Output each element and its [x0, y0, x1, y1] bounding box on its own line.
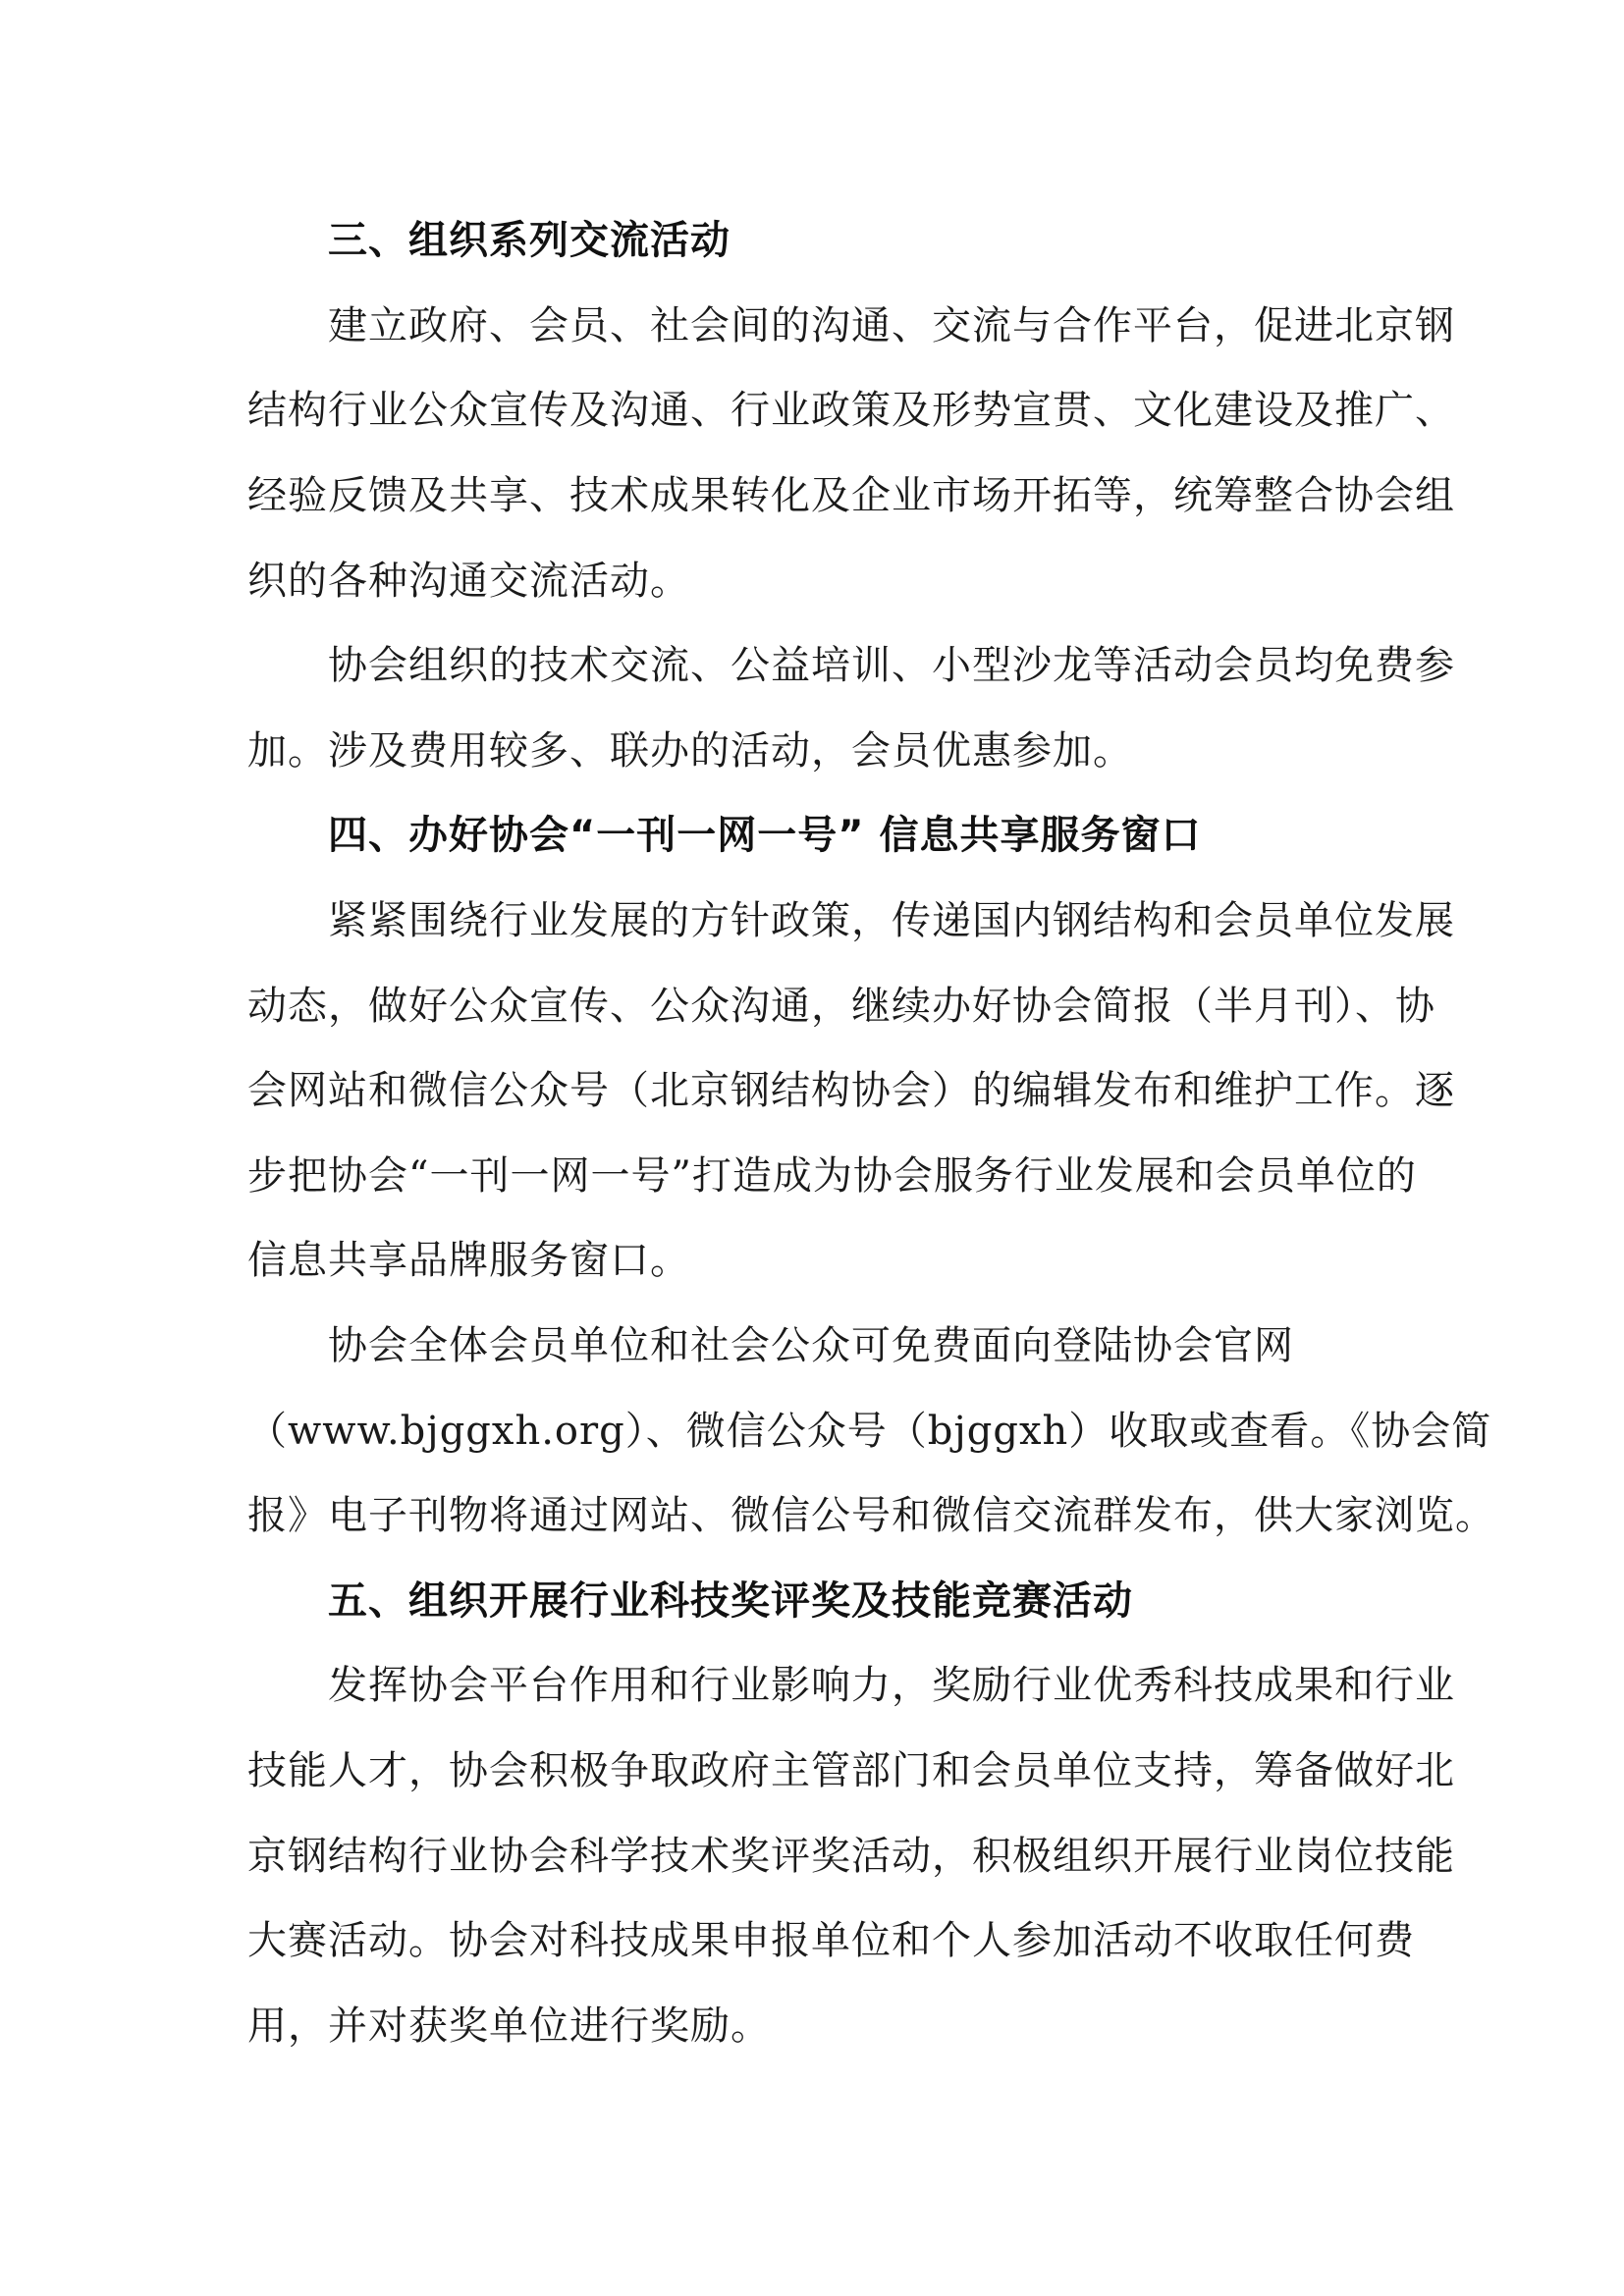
section-heading: 五、组织开展行业科技奖评奖及技能竞赛活动 [328, 1576, 1133, 1626]
paragraph-line: 京钢结构行业协会科学技术奖评奖活动，积极组织开展行业岗位技能 [247, 1832, 1375, 1881]
paragraph-line: 加。涉及费用较多、联办的活动，会员优惠参加。 [247, 726, 1133, 775]
paragraph-line: 动态，做好公众宣传、公众沟通，继续办好协会简报（半月刊）、协 [247, 982, 1375, 1031]
paragraph-line: 紧紧围绕行业发展的方针政策，传递国内钢结构和会员单位发展 [328, 896, 1375, 945]
paragraph-line: 技能人才，协会积极争取政府主管部门和会员单位支持，筹备做好北 [247, 1746, 1375, 1795]
paragraph-line: 建立政府、会员、社会间的沟通、交流与合作平台，促进北京钢 [328, 301, 1375, 350]
paragraph-line: 会网站和微信公众号（北京钢结构协会）的编辑发布和维护工作。逐 [247, 1066, 1375, 1115]
section-heading: 三、组织系列交流活动 [328, 216, 731, 265]
paragraph-line-with-links: （www.bjggxh.org）、微信公众号（bjggxh）收取或查看。《协会简 [247, 1407, 1375, 1456]
paragraph-line: 协会组织的技术交流、公益培训、小型沙龙等活动会员均免费参 [328, 641, 1375, 690]
paragraph-line: 发挥协会平台作用和行业影响力，奖励行业优秀科技成果和行业 [328, 1661, 1375, 1710]
paragraph-line: 信息共享品牌服务窗口。 [247, 1236, 690, 1285]
paragraph-line: 结构行业公众宣传及沟通、行业政策及形势宣贯、文化建设及推广、 [247, 386, 1375, 435]
paragraph-line: 用，并对获奖单位进行奖励。 [247, 2002, 771, 2051]
section-heading: 四、办好协会“一刊一网一号” 信息共享服务窗口 [328, 811, 1202, 860]
paragraph-line: 协会全体会员单位和社会公众可免费面向登陆协会官网 [328, 1321, 1294, 1370]
paragraph-line: 报》电子刊物将通过网站、微信公号和微信交流群发布，供大家浏览。 [247, 1491, 1375, 1540]
document-page: 三、组织系列交流活动 建立政府、会员、社会间的沟通、交流与合作平台，促进北京钢 … [0, 0, 1624, 2296]
paragraph-line: 织的各种沟通交流活动。 [247, 557, 690, 606]
paragraph-line: 经验反馈及共享、技术成果转化及企业市场开拓等，统筹整合协会组 [247, 471, 1375, 520]
paragraph-line: 大赛活动。协会对科技成果申报单位和个人参加活动不收取任何费 [247, 1916, 1375, 1965]
paragraph-line: 步把协会“一刊一网一号”打造成为协会服务行业发展和会员单位的 [247, 1151, 1375, 1201]
